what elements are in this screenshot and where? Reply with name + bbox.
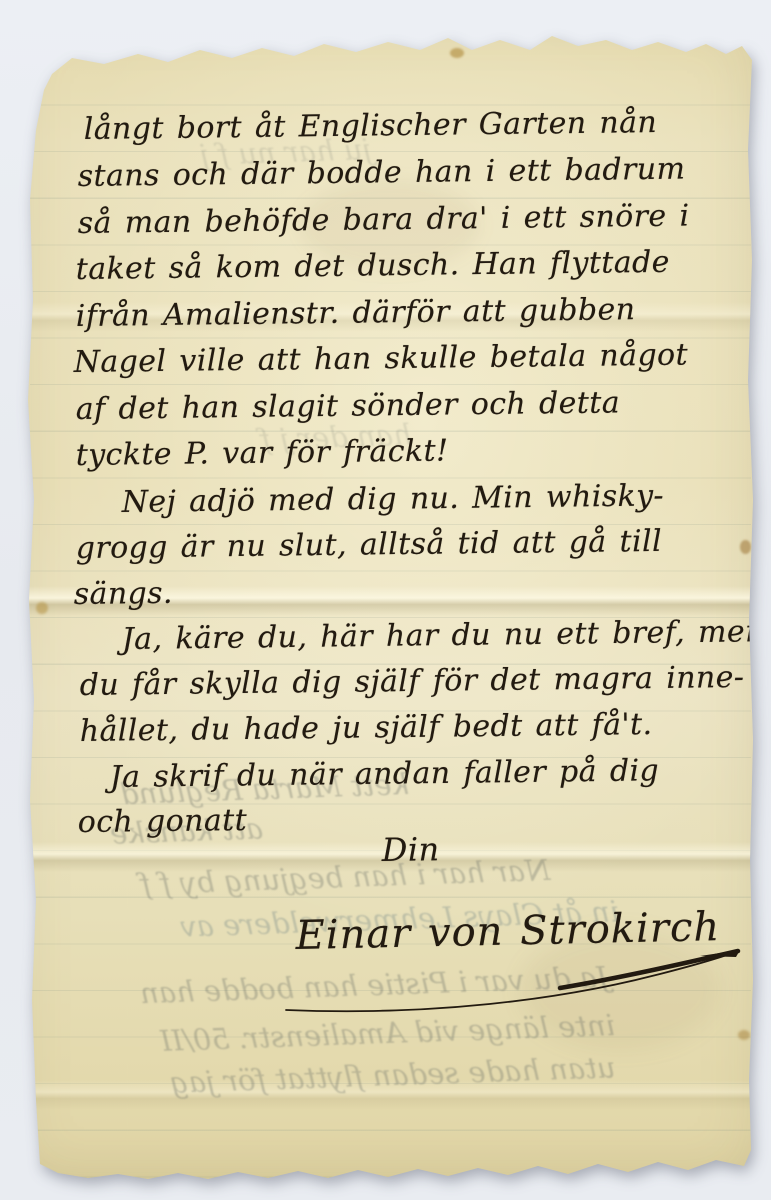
ghost-bleedthrough-line: Ja du var i Pistie han bodde han <box>140 960 610 1010</box>
fold-crease <box>28 1080 753 1110</box>
letter-line: grogg är nu slut, alltså tid att gå till <box>76 522 663 569</box>
scanned-letter-page: ju har nu f j han der j f kett Marta Reg… <box>0 0 771 1200</box>
letter-line: Nagel ville att han skulle betala något <box>74 335 689 383</box>
stain-spot <box>36 602 48 614</box>
letter-line: stans och där bodde han i ett badrum <box>78 150 686 197</box>
letter-line: Nej adjö med dig nu. Min whisky- <box>122 476 665 523</box>
letter-line: långt bort åt Englischer Garten nån <box>84 103 658 150</box>
ghost-bleedthrough-line: inte länge vid Amalienstr. 50/II <box>160 1008 616 1058</box>
stain-spot <box>690 24 700 32</box>
letter-closing: Din <box>382 829 440 870</box>
letter-line: så man behöfde bara dra' i ett snöre i <box>78 197 690 244</box>
ghost-bleedthrough-line: Nar har i han begjung by f f <box>140 853 551 901</box>
letter-line: af det han slagit sönder och detta <box>76 383 621 430</box>
letter-line: sängs. <box>74 574 174 615</box>
letter-line: tyckte P. var för fräckt! <box>76 431 449 476</box>
letter-line: ifrån Amalienstr. därför att gubben <box>76 290 636 337</box>
stain-spot <box>450 48 464 58</box>
ghost-bleedthrough-line: utan hade sedan flyttat för jag <box>170 1050 616 1100</box>
letter-line: du får skylla dig själf för det magra in… <box>80 658 745 706</box>
stain-spot <box>738 1030 750 1040</box>
letter-line: Ja skrif du när andan faller på dig <box>110 751 660 798</box>
letter-line: Ja, käre du, här har du nu ett bref, men <box>122 612 765 660</box>
letter-line: taket så kom det dusch. Han flyttade <box>76 243 671 290</box>
letter-line: och gonatt <box>78 801 248 843</box>
signature: Einar von Strokirch <box>295 907 720 956</box>
paper-shadow-wrap: ju har nu f j han der j f kett Marta Reg… <box>0 0 771 1200</box>
stain-spot <box>740 540 751 554</box>
letter-line: hållet, du hade ju själf bedt att få't. <box>80 705 653 752</box>
letter-paper: ju har nu f j han der j f kett Marta Reg… <box>0 0 771 1200</box>
